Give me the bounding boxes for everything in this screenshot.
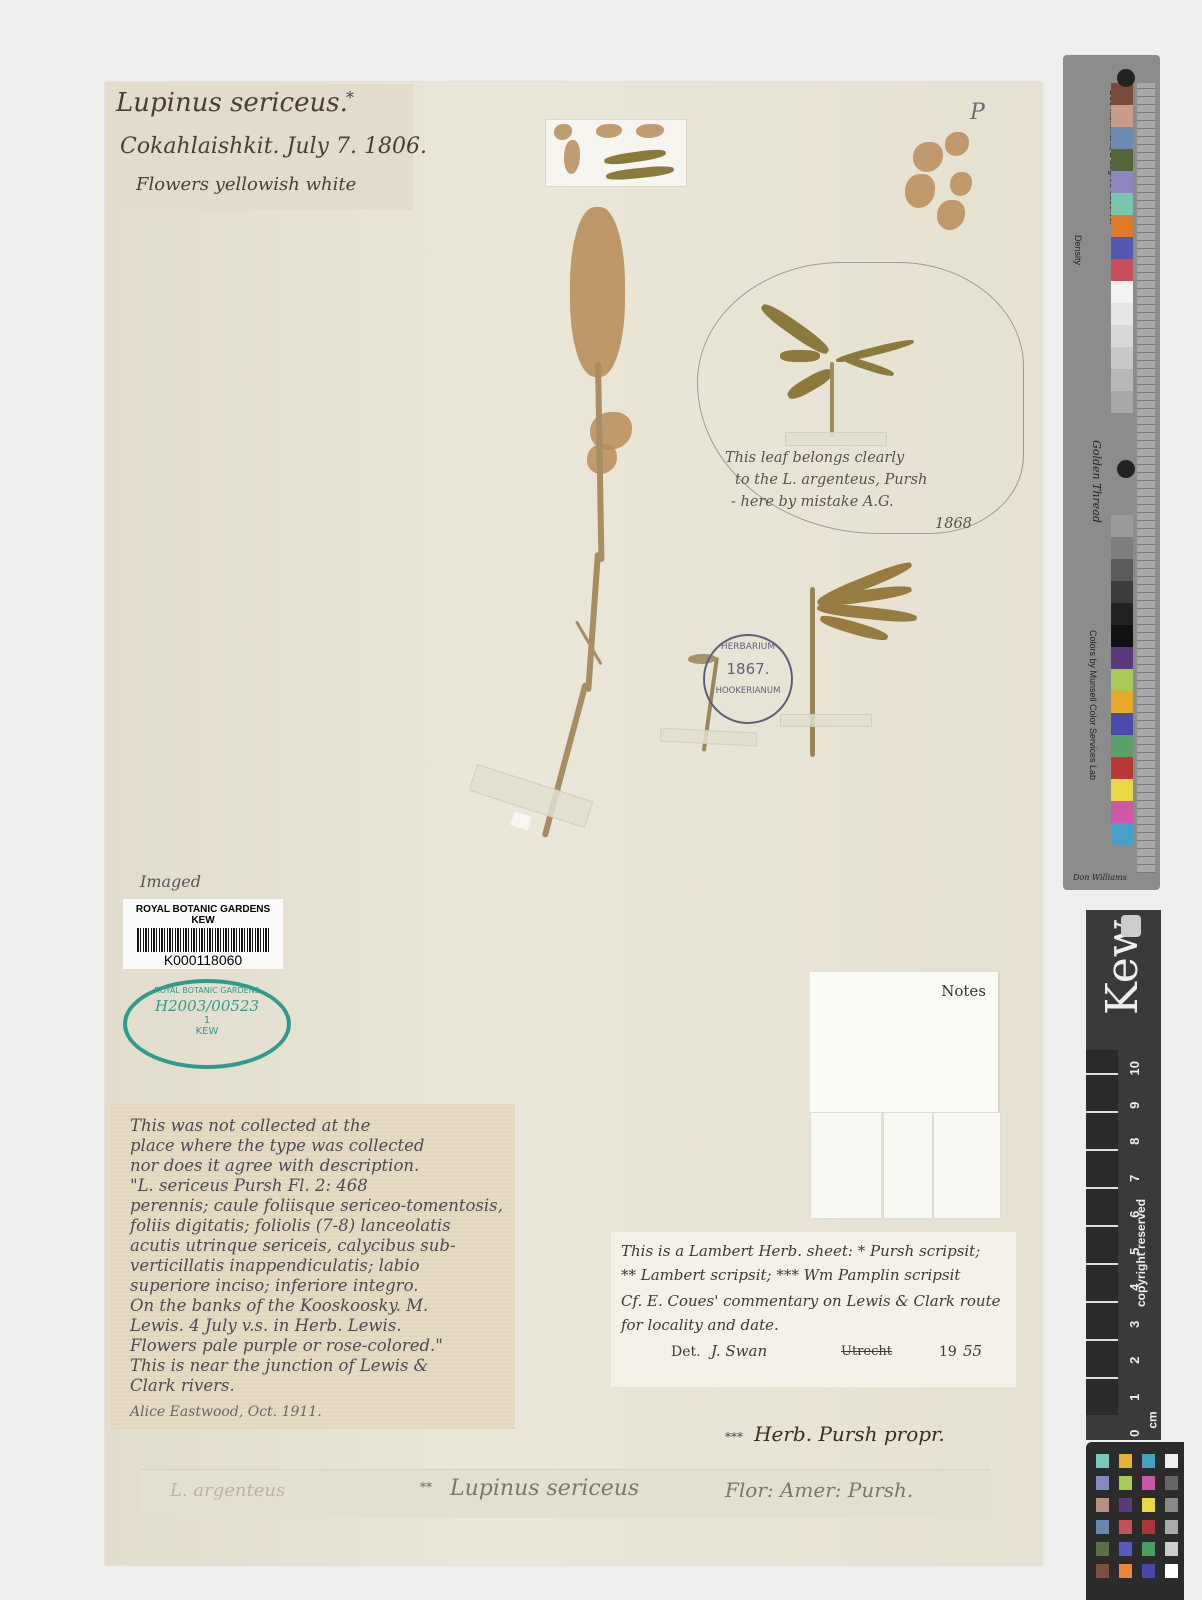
bottom-species-label: L. argenteus ** Lupinus sericeus Flor: A…	[140, 1469, 990, 1518]
corner-mark: P	[970, 100, 985, 125]
notes-flap-middle[interactable]	[883, 1112, 933, 1219]
determiner-name: J. Swan	[711, 1342, 767, 1360]
eastwood-annotation-label: This was not collected at the place wher…	[110, 1104, 515, 1429]
color-calibration-card: D50 Illuminant, 2 degree observer Densit…	[1063, 55, 1160, 890]
original-label: Lupinus sericeus. * Cokahlaishkit. July …	[108, 84, 413, 210]
label-species: Lupinus sericeus.	[116, 88, 348, 118]
cm-scale	[1086, 1050, 1118, 1415]
ruler-strip	[1137, 83, 1155, 873]
label-flowers: Flowers yellowish white	[136, 174, 356, 195]
notes-flap-right[interactable]	[933, 1112, 1001, 1219]
herbarium-sheet: Lupinus sericeus. * Cokahlaishkit. July …	[105, 82, 1042, 1565]
kew-logo: Kew	[1083, 935, 1163, 1015]
barcode-label: ROYAL BOTANIC GARDENS KEW K000118060	[123, 899, 283, 969]
label-locality-date: Cokahlaishkit. July 7. 1806.	[120, 134, 427, 159]
imaged-note: Imaged	[140, 872, 201, 891]
herbarium-hookerianum-stamp: HERBARIUM 1867. HOOKERIANUM	[703, 634, 793, 724]
pencil-annotation: This leaf belongs clearly to the L. arge…	[725, 447, 1025, 535]
barcode	[137, 928, 269, 952]
barcode-number: K000118060	[123, 952, 283, 968]
kew-scale-bar: Kew copyright reserved 10 9 8 7 6 5 4 3 …	[1086, 910, 1161, 1440]
notes-flap-left[interactable]	[810, 1112, 882, 1219]
notes-card[interactable]: Notes	[810, 972, 998, 1112]
asterisk-mark: *	[346, 88, 354, 107]
kew-accession-stamp: ROYAL BOTANIC GARDENS H2003/00523 1 KEW	[123, 979, 291, 1069]
mini-color-checker	[1086, 1442, 1184, 1600]
pursh-annotation: *** Herb. Pursh propr.	[725, 1422, 945, 1446]
determination-label: This is a Lambert Herb. sheet: * Pursh s…	[611, 1232, 1016, 1387]
fragment-packet	[545, 119, 687, 187]
kew-crest-icon	[1121, 915, 1141, 937]
eastwood-signature: Alice Eastwood, Oct. 1911.	[130, 1404, 322, 1420]
